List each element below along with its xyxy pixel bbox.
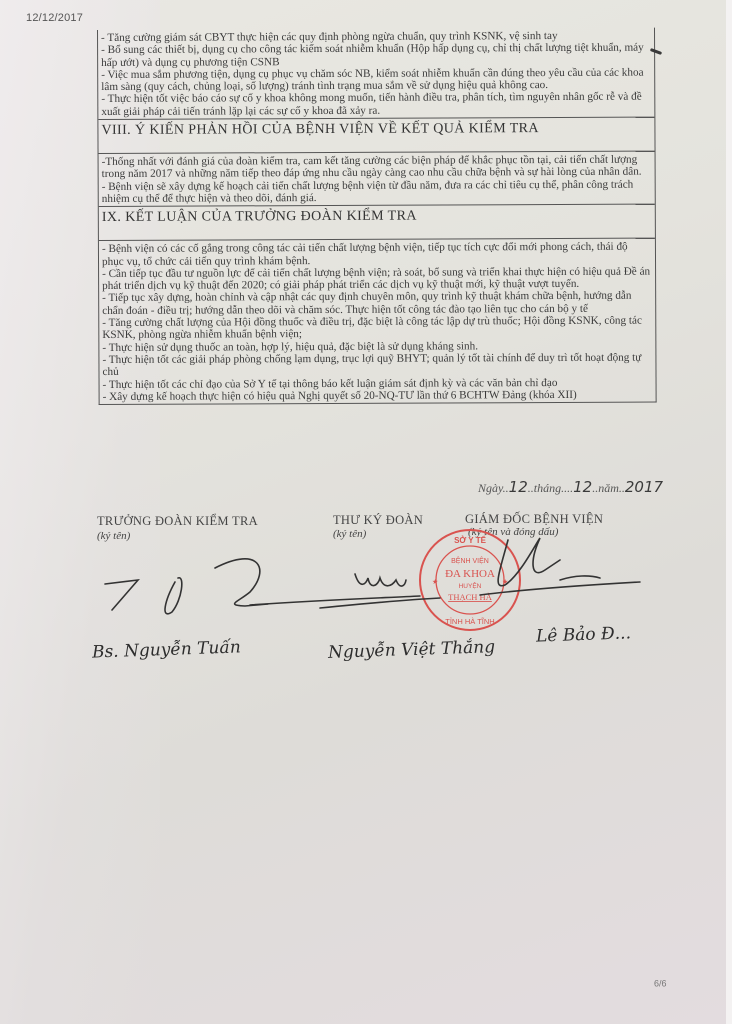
signature-strokes bbox=[0, 0, 732, 700]
director-handwritten-name: Lê Bảo Đ... bbox=[536, 623, 632, 646]
page-number: 9/9 bbox=[654, 978, 667, 988]
